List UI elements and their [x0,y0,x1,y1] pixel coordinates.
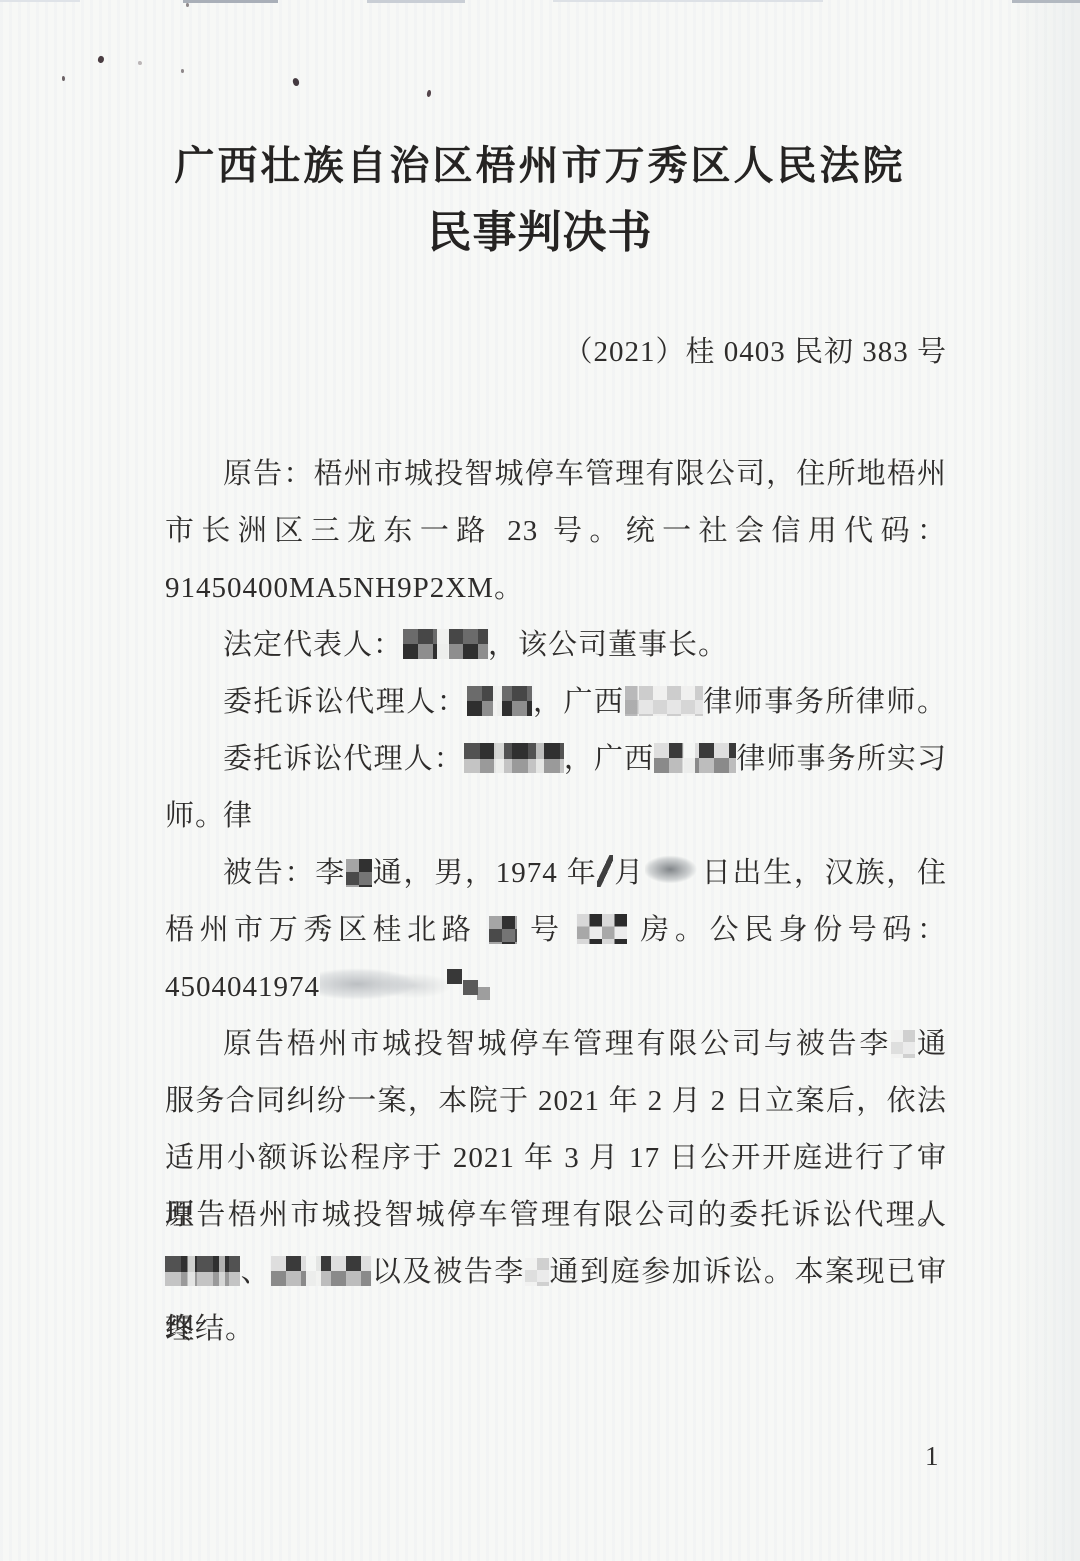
text-run: 房。公民身份号码： [627,914,947,946]
text-run: ，广西 [532,686,624,718]
redaction-block [271,1256,371,1286]
text-line: 原告：梧州市城投智城停车管理有限公司，住所地梧州 [165,446,947,503]
text-line: 师。 [165,788,947,845]
scan-speck-artifact [138,61,142,65]
scan-edge-artifact [0,0,80,2]
text-run: 号 [517,914,577,946]
text-run: 通，男，1974 年 [372,857,597,889]
text-run: 梧州市万秀区桂北路 [165,914,489,946]
text-run: 委托诉讼代理人： [223,686,467,718]
text-line: 适用小额诉讼程序于 2021 年 3 月 17 日公开开庭进行了审理。 [165,1130,947,1187]
scan-edge-artifact [183,0,278,3]
redaction-block [346,859,372,887]
scan-edge-artifact [367,0,465,3]
document-type-title: 民事判决书 [0,206,1080,260]
text-run: 委托诉讼代理人： [223,743,464,775]
text-run: 日出生，汉族，住 [701,857,947,889]
court-name-title: 广西壮族自治区梧州市万秀区人民法院 [0,142,1080,190]
text-line: 委托诉讼代理人：，广西律师事务所实习律 [165,731,947,788]
redaction-block [467,686,532,716]
scan-speck-artifact [97,55,105,64]
text-run: 原告梧州市城投智城停车管理有限公司与被告李 [223,1028,891,1060]
text-run: 市长洲区三龙东一路 23 号。统一社会信用代码： [165,515,947,547]
text-run: 终结。 [165,1313,255,1345]
redaction-block [645,855,701,887]
text-line: 终结。 [165,1301,947,1358]
text-run: 以及被告李 [371,1256,525,1288]
text-line: 原告梧州市城投智城停车管理有限公司与被告李通 [165,1016,947,1073]
text-run: 师。 [165,800,225,832]
scanned-judgment-page: 广西壮族自治区梧州市万秀区人民法院 民事判决书 （2021）桂 0403 民初 … [0,0,1080,1561]
scan-edge-artifact [1012,0,1080,3]
text-line: 法定代表人：，该公司董事长。 [165,617,947,674]
text-run: 律师事务所律师。 [703,686,947,718]
text-run: 被告：李 [223,857,346,889]
text-run: 服务合同纠纷一案，本院于 2021 年 2 月 2 日立案后，依法 [165,1085,947,1117]
text-run: 原告梧州市城投智城停车管理有限公司的委托诉讼代理人 [165,1199,947,1231]
redaction-block [577,914,627,944]
text-line: 、以及被告李通到庭参加诉讼。本案现已审理 [165,1244,947,1301]
scan-edge-artifact [553,0,823,2]
text-run: 月 [613,857,645,889]
text-line: 原告梧州市城投智城停车管理有限公司的委托诉讼代理人 [165,1187,947,1244]
redaction-block [165,1256,240,1286]
scan-speck-artifact [292,77,300,86]
text-run: ，广西 [564,743,654,775]
redaction-block [464,743,564,773]
scan-speck-artifact [426,90,431,98]
text-run: 、 [240,1256,271,1288]
redaction-block [625,686,703,716]
page-number: 1 [925,1441,939,1472]
redaction-block [597,855,613,887]
redaction-block [525,1258,549,1286]
text-run: 91450400MA5NH9P2XM。 [165,572,524,604]
redaction-block [654,743,736,773]
redaction-block [891,1030,915,1058]
redaction-block [320,967,490,1001]
text-line: 梧州市万秀区桂北路 号 房。公民身份号码： [165,902,947,959]
redaction-block [489,916,517,944]
text-line: 4504041974 [165,959,947,1016]
scan-speck-artifact [181,69,184,73]
case-number: （2021）桂 0403 民初 383 号 [0,332,1080,372]
scan-speck-artifact [186,3,189,7]
text-line: 91450400MA5NH9P2XM。 [165,560,947,617]
text-line: 服务合同纠纷一案，本院于 2021 年 2 月 2 日立案后，依法 [165,1073,947,1130]
text-line: 市长洲区三龙东一路 23 号。统一社会信用代码： [165,503,947,560]
text-run: 法定代表人： [223,629,403,661]
text-run: 通 [915,1028,947,1060]
text-run: 原告：梧州市城投智城停车管理有限公司，住所地梧州 [223,458,947,490]
text-run: ，该公司董事长。 [488,629,728,661]
text-line: 委托诉讼代理人：，广西律师事务所律师。 [165,674,947,731]
scan-speck-artifact [62,76,65,81]
redaction-block [403,629,488,659]
text-line: 被告：李通，男，1974 年月日出生，汉族，住 [165,845,947,902]
document-body: 原告：梧州市城投智城停车管理有限公司，住所地梧州市长洲区三龙东一路 23 号。统… [165,446,947,1358]
text-run: 4504041974 [165,971,320,1003]
